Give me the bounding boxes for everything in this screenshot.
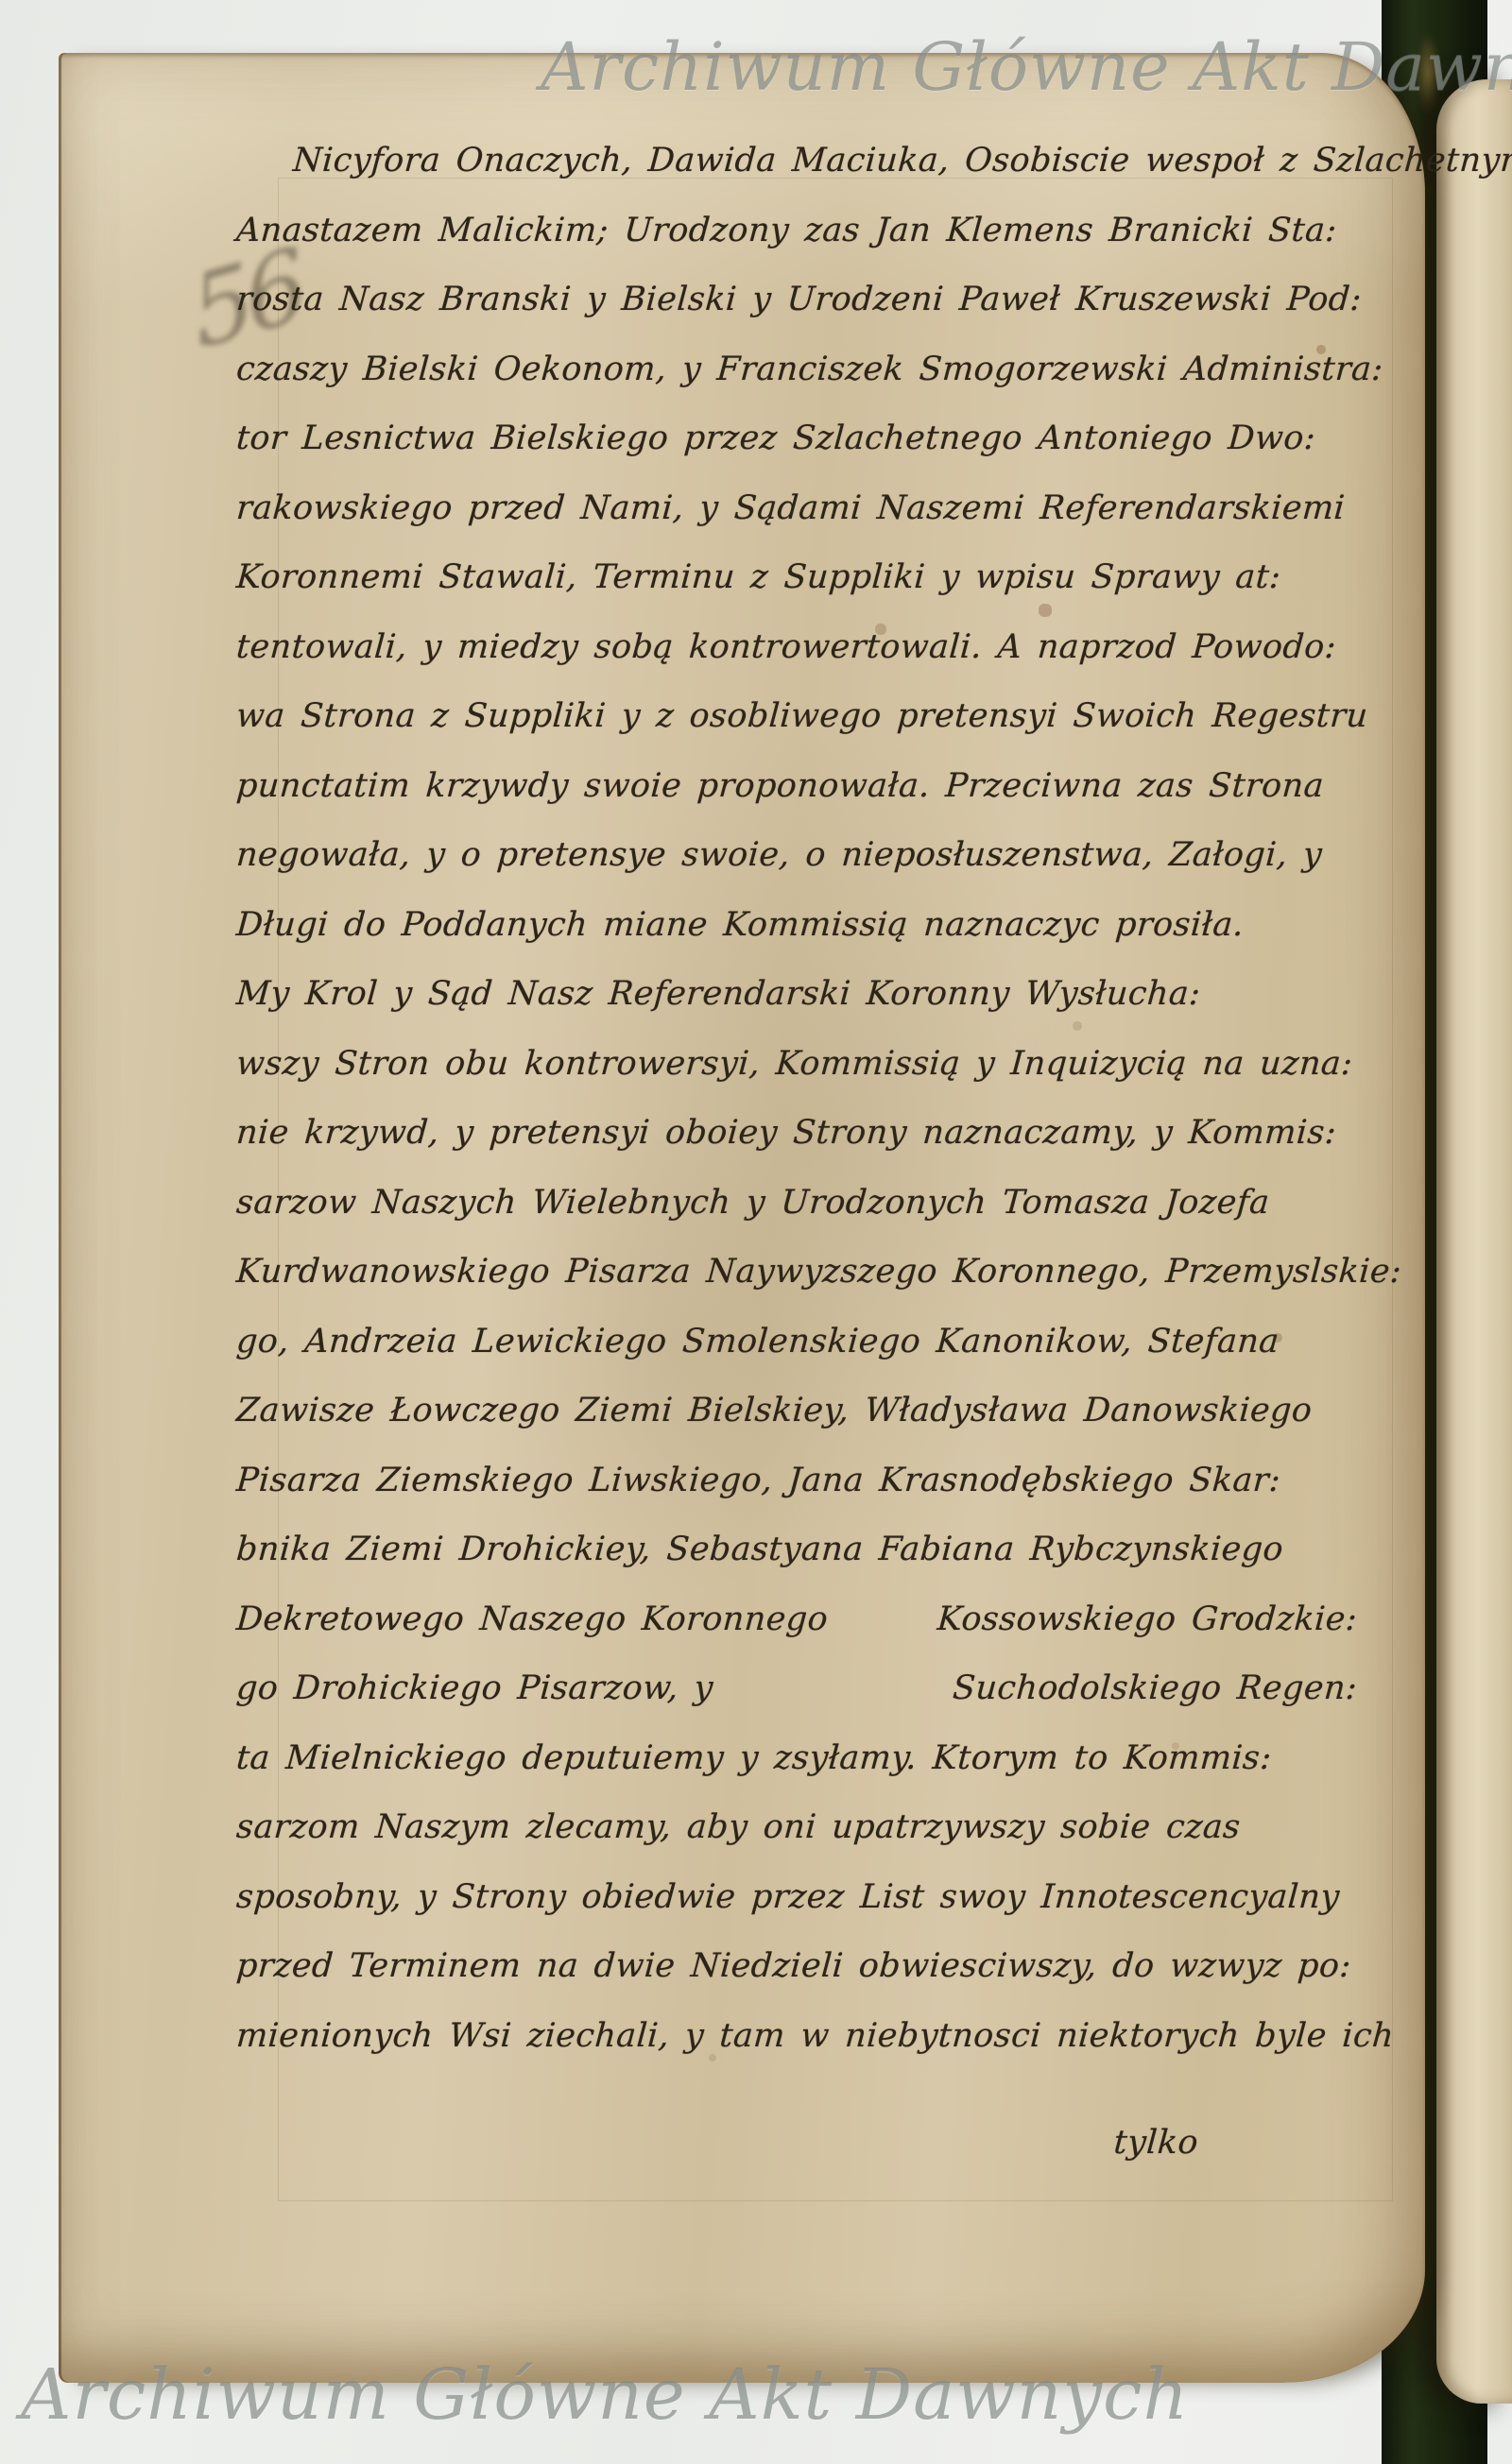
manuscript-line: Pisarza Ziemskiego Liwskiego, Jana Krasn… — [234, 1452, 1359, 1509]
manuscript-line: nie krzywd, y pretensyi oboiey Strony na… — [234, 1104, 1359, 1161]
manuscript-line: przed Terminem na dwie Niedzieli obwiesc… — [234, 1938, 1359, 1994]
line-right-column: Suchodolskiego Regen: — [951, 1660, 1359, 1717]
agad-watermark-bottom: Archiwum Główne Akt Dawnych — [21, 2354, 1189, 2436]
manuscript-line: rosta Nasz Branski y Bielski y Urodzeni … — [234, 271, 1359, 328]
manuscript-line: wa Strona z Suppliki y z osobliwego pret… — [234, 688, 1359, 744]
manuscript-line: Nicyfora Onaczych, Dawida Maciuka, Osobi… — [234, 132, 1416, 189]
handwritten-text-block: Nicyfora Onaczych, Dawida Maciuka, Osobi… — [234, 132, 1355, 2192]
manuscript-line: Zawisze Łowczego Ziemi Bielskiey, Władys… — [234, 1382, 1359, 1439]
manuscript-line: negowała, y o pretensye swoie, o nieposł… — [234, 827, 1359, 883]
manuscript-line: Anastazem Malickim; Urodzony zas Jan Kle… — [234, 202, 1359, 259]
manuscript-line: go, Andrzeia Lewickiego Smolenskiego Kan… — [234, 1313, 1359, 1370]
manuscript-line: sposobny, y Strony obiedwie przez List s… — [234, 1869, 1359, 1925]
catchword: tylko — [233, 2124, 1200, 2162]
manuscript-line: Koronnemi Stawali, Terminu z Suppliki y … — [234, 549, 1359, 606]
manuscript-line: ta Mielnickiego deputuiemy y zsyłamy. Kt… — [234, 1730, 1359, 1787]
manuscript-line: rakowskiego przed Nami, y Sądami Naszemi… — [234, 480, 1359, 537]
manuscript-line: punctatim krzywdy swoie proponowała. Prz… — [234, 758, 1359, 814]
manuscript-line: mienionych Wsi ziechali, y tam w niebytn… — [234, 2008, 1359, 2064]
line-right-column: Kossowskiego Grodzkie: — [936, 1591, 1359, 1648]
underlying-page-edge — [1436, 79, 1512, 2404]
manuscript-line: sarzow Naszych Wielebnych y Urodzonych T… — [234, 1174, 1359, 1231]
paper-stains — [59, 53, 62, 57]
manuscript-line: Kurdwanowskiego Pisarza Naywyzszego Koro… — [234, 1243, 1359, 1300]
line-left-column: Dekretowego Naszego Koronnego — [234, 1591, 830, 1648]
manuscript-line: tentowali, y miedzy sobą kontrowertowali… — [234, 619, 1359, 676]
manuscript-line: bnika Ziemi Drohickiey, Sebastyana Fabia… — [234, 1521, 1359, 1578]
manuscript-line: tor Lesnictwa Bielskiego przez Szlachetn… — [234, 410, 1359, 467]
manuscript-line: wszy Stron obu kontrowersyi, Kommissią y… — [234, 1035, 1359, 1092]
manuscript-line: sarzom Naszym zlecamy, aby oni upatrzyws… — [234, 1799, 1359, 1856]
line-left-column: go Drohickiego Pisarzow, y — [234, 1660, 715, 1717]
manuscript-line: go Drohickiego Pisarzow, ySuchodolskiego… — [234, 1660, 1365, 1717]
manuscript-line: Długi do Poddanych miane Kommissią nazna… — [234, 897, 1359, 953]
manuscript-line: Dekretowego Naszego KoronnegoKossowskieg… — [234, 1591, 1365, 1648]
manuscript-line: czaszy Bielski Oekonom, y Franciszek Smo… — [234, 341, 1359, 398]
scanned-document-photo: 56 Nicyfora Onaczych, Dawida Maciuka, Os… — [0, 0, 1512, 2464]
agad-watermark-top: Archiwum Główne Akt Dawnych — [541, 28, 1512, 106]
manuscript-line: My Krol y Sąd Nasz Referendarski Koronny… — [234, 966, 1359, 1022]
